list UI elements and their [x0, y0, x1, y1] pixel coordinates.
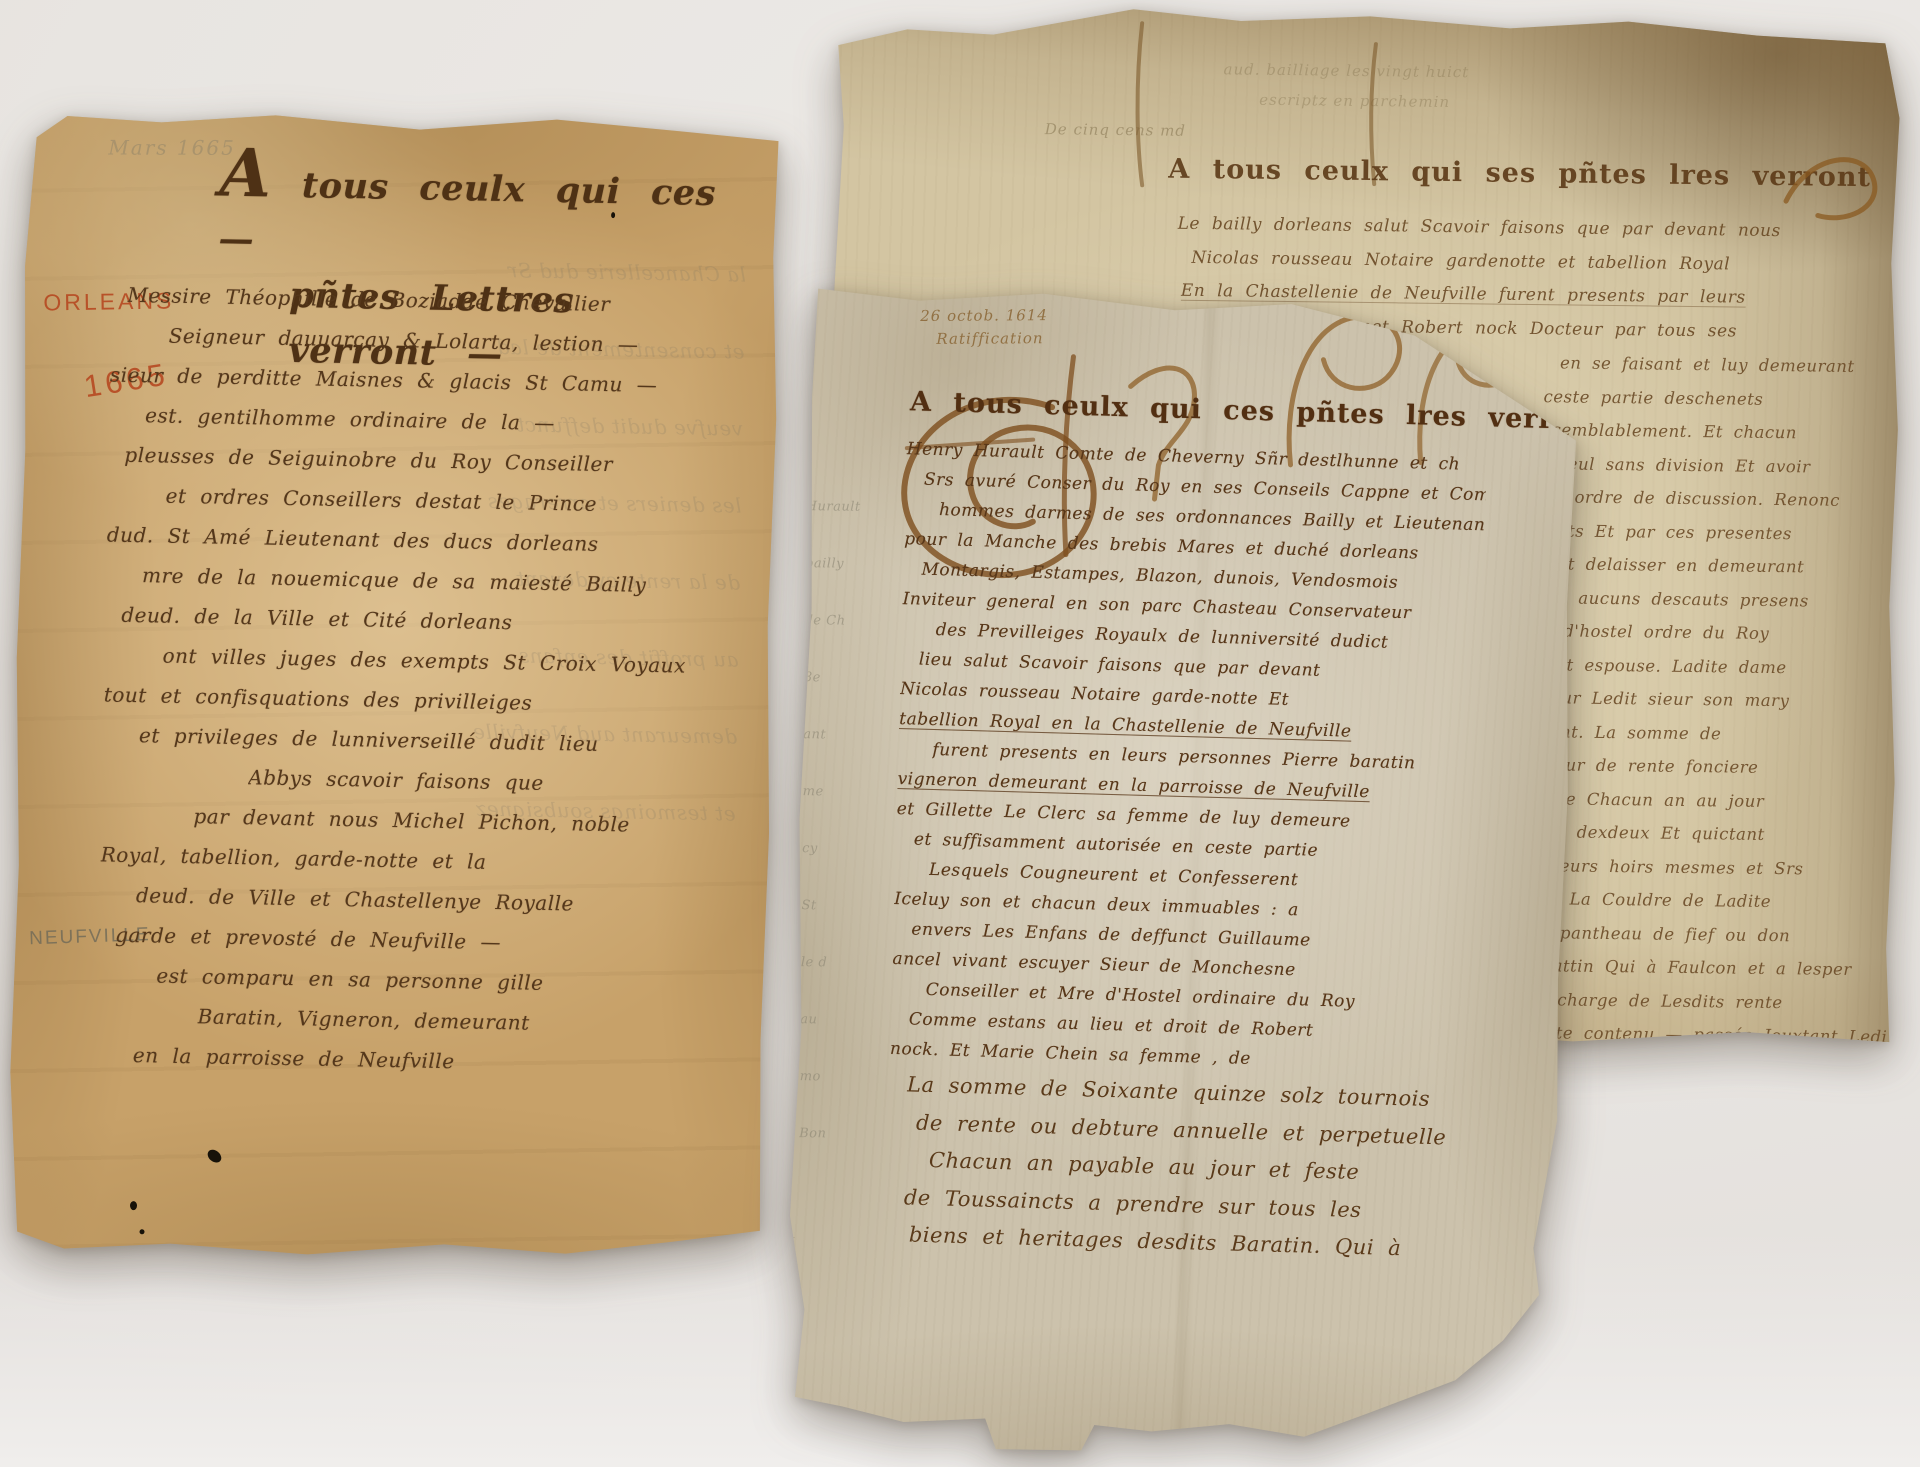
- manuscript-line: et delaisser en demeurant: [1557, 547, 1891, 585]
- margin-note: cy: [802, 820, 891, 878]
- margin-note: 8e: [804, 649, 893, 707]
- margin-note: me: [802, 763, 891, 821]
- manuscript-line: esdits Et par ces presentes: [1532, 514, 1892, 552]
- repair-stitching: [776, 1237, 795, 1407]
- manuscript-line: tous dexdeux Et quictant: [1528, 815, 1888, 853]
- left-body-text: Messire Théophille de Boziadde Chevallie…: [93, 274, 732, 1086]
- margin-note: au: [800, 991, 889, 1049]
- ink-blot: [139, 1229, 144, 1234]
- margin-note: bailly: [805, 535, 894, 593]
- parchment-left: la Chancellerie dud Sret consentement de…: [3, 105, 785, 1271]
- margin-note: mo: [799, 1048, 888, 1106]
- manuscript-line: me aucuns descauts presens: [1541, 581, 1891, 619]
- manuscript-line: avant. La somme de: [1529, 715, 1889, 753]
- ink-blot: [205, 1147, 224, 1165]
- manuscript-line: ceste partie deschenets: [1543, 380, 1893, 418]
- manuscript-line: able Chacun an au jour: [1538, 782, 1888, 820]
- right-body-column: en se faisant et luy demeurantceste part…: [1536, 346, 1895, 1054]
- manuscript-line: en se faisant et luy demeurant: [1560, 346, 1894, 384]
- manuscript-line: leurs hoirs mesmes et Srs: [1554, 849, 1888, 887]
- parchment-left-wrapper: la Chancellerie dud Sret consentement de…: [14, 112, 774, 1264]
- middle-margin-notes: Huraultbaillyde Ch8eantmecyStle daumoBon: [799, 478, 894, 1163]
- left-date-note: Mars 1665: [108, 136, 236, 160]
- manuscript-line: et espouse. Ladite dame: [1556, 648, 1890, 686]
- heading-line: A tous ceulx qui ces —: [218, 153, 720, 277]
- manuscript-line: porte contenu — passée Jouxtant Ledit: [1526, 1016, 1886, 1054]
- manuscript-line: our de rente fonciere: [1555, 748, 1889, 786]
- middle-closing-text: La somme de Soixante quinze solz tournoi…: [902, 1066, 1467, 1269]
- parchment-middle-wrapper: 26 octob. 1614 Ratiffication A tous ceul…: [795, 292, 1570, 1460]
- manuscript-line: pour Ledit sieur son mary: [1540, 681, 1890, 719]
- margin-note: St: [801, 877, 890, 935]
- manuscript-line: attin Qui à Faulcon et a lesper: [1552, 949, 1886, 987]
- manuscript-line: lle d'hostel ordre du Roy: [1531, 614, 1891, 652]
- margin-note: Hurault: [805, 478, 894, 536]
- parchment-middle: 26 octob. 1614 Ratiffication A tous ceul…: [779, 281, 1586, 1467]
- manuscript-line: en ordre de discussion. Renonc: [1542, 480, 1892, 518]
- manuscript-line: a charge de Lesdits rente: [1536, 983, 1886, 1021]
- margin-note: le d: [801, 934, 890, 992]
- ink-blot: [130, 1201, 137, 1210]
- manuscript-line: seul sans division Et avoir: [1559, 447, 1893, 485]
- middle-body-text: Henry Hurault Comte de Cheverny Sñr dest…: [890, 434, 1487, 1080]
- manuscript-line: de La Couldre de Ladite: [1537, 882, 1887, 920]
- margin-note: Bon: [799, 1105, 888, 1163]
- annotation-date: 26 octob. 1614: [920, 303, 1180, 328]
- photograph-of-three-parchment-manuscripts: De cinq cens md aud. bailliage les vingt…: [0, 0, 1920, 1467]
- manuscript-line: du pantheau de fief ou don: [1527, 916, 1887, 954]
- margin-note: de Ch: [804, 592, 893, 650]
- margin-note: ant: [803, 706, 892, 764]
- manuscript-line: assemblablement. Et chacun: [1533, 413, 1893, 451]
